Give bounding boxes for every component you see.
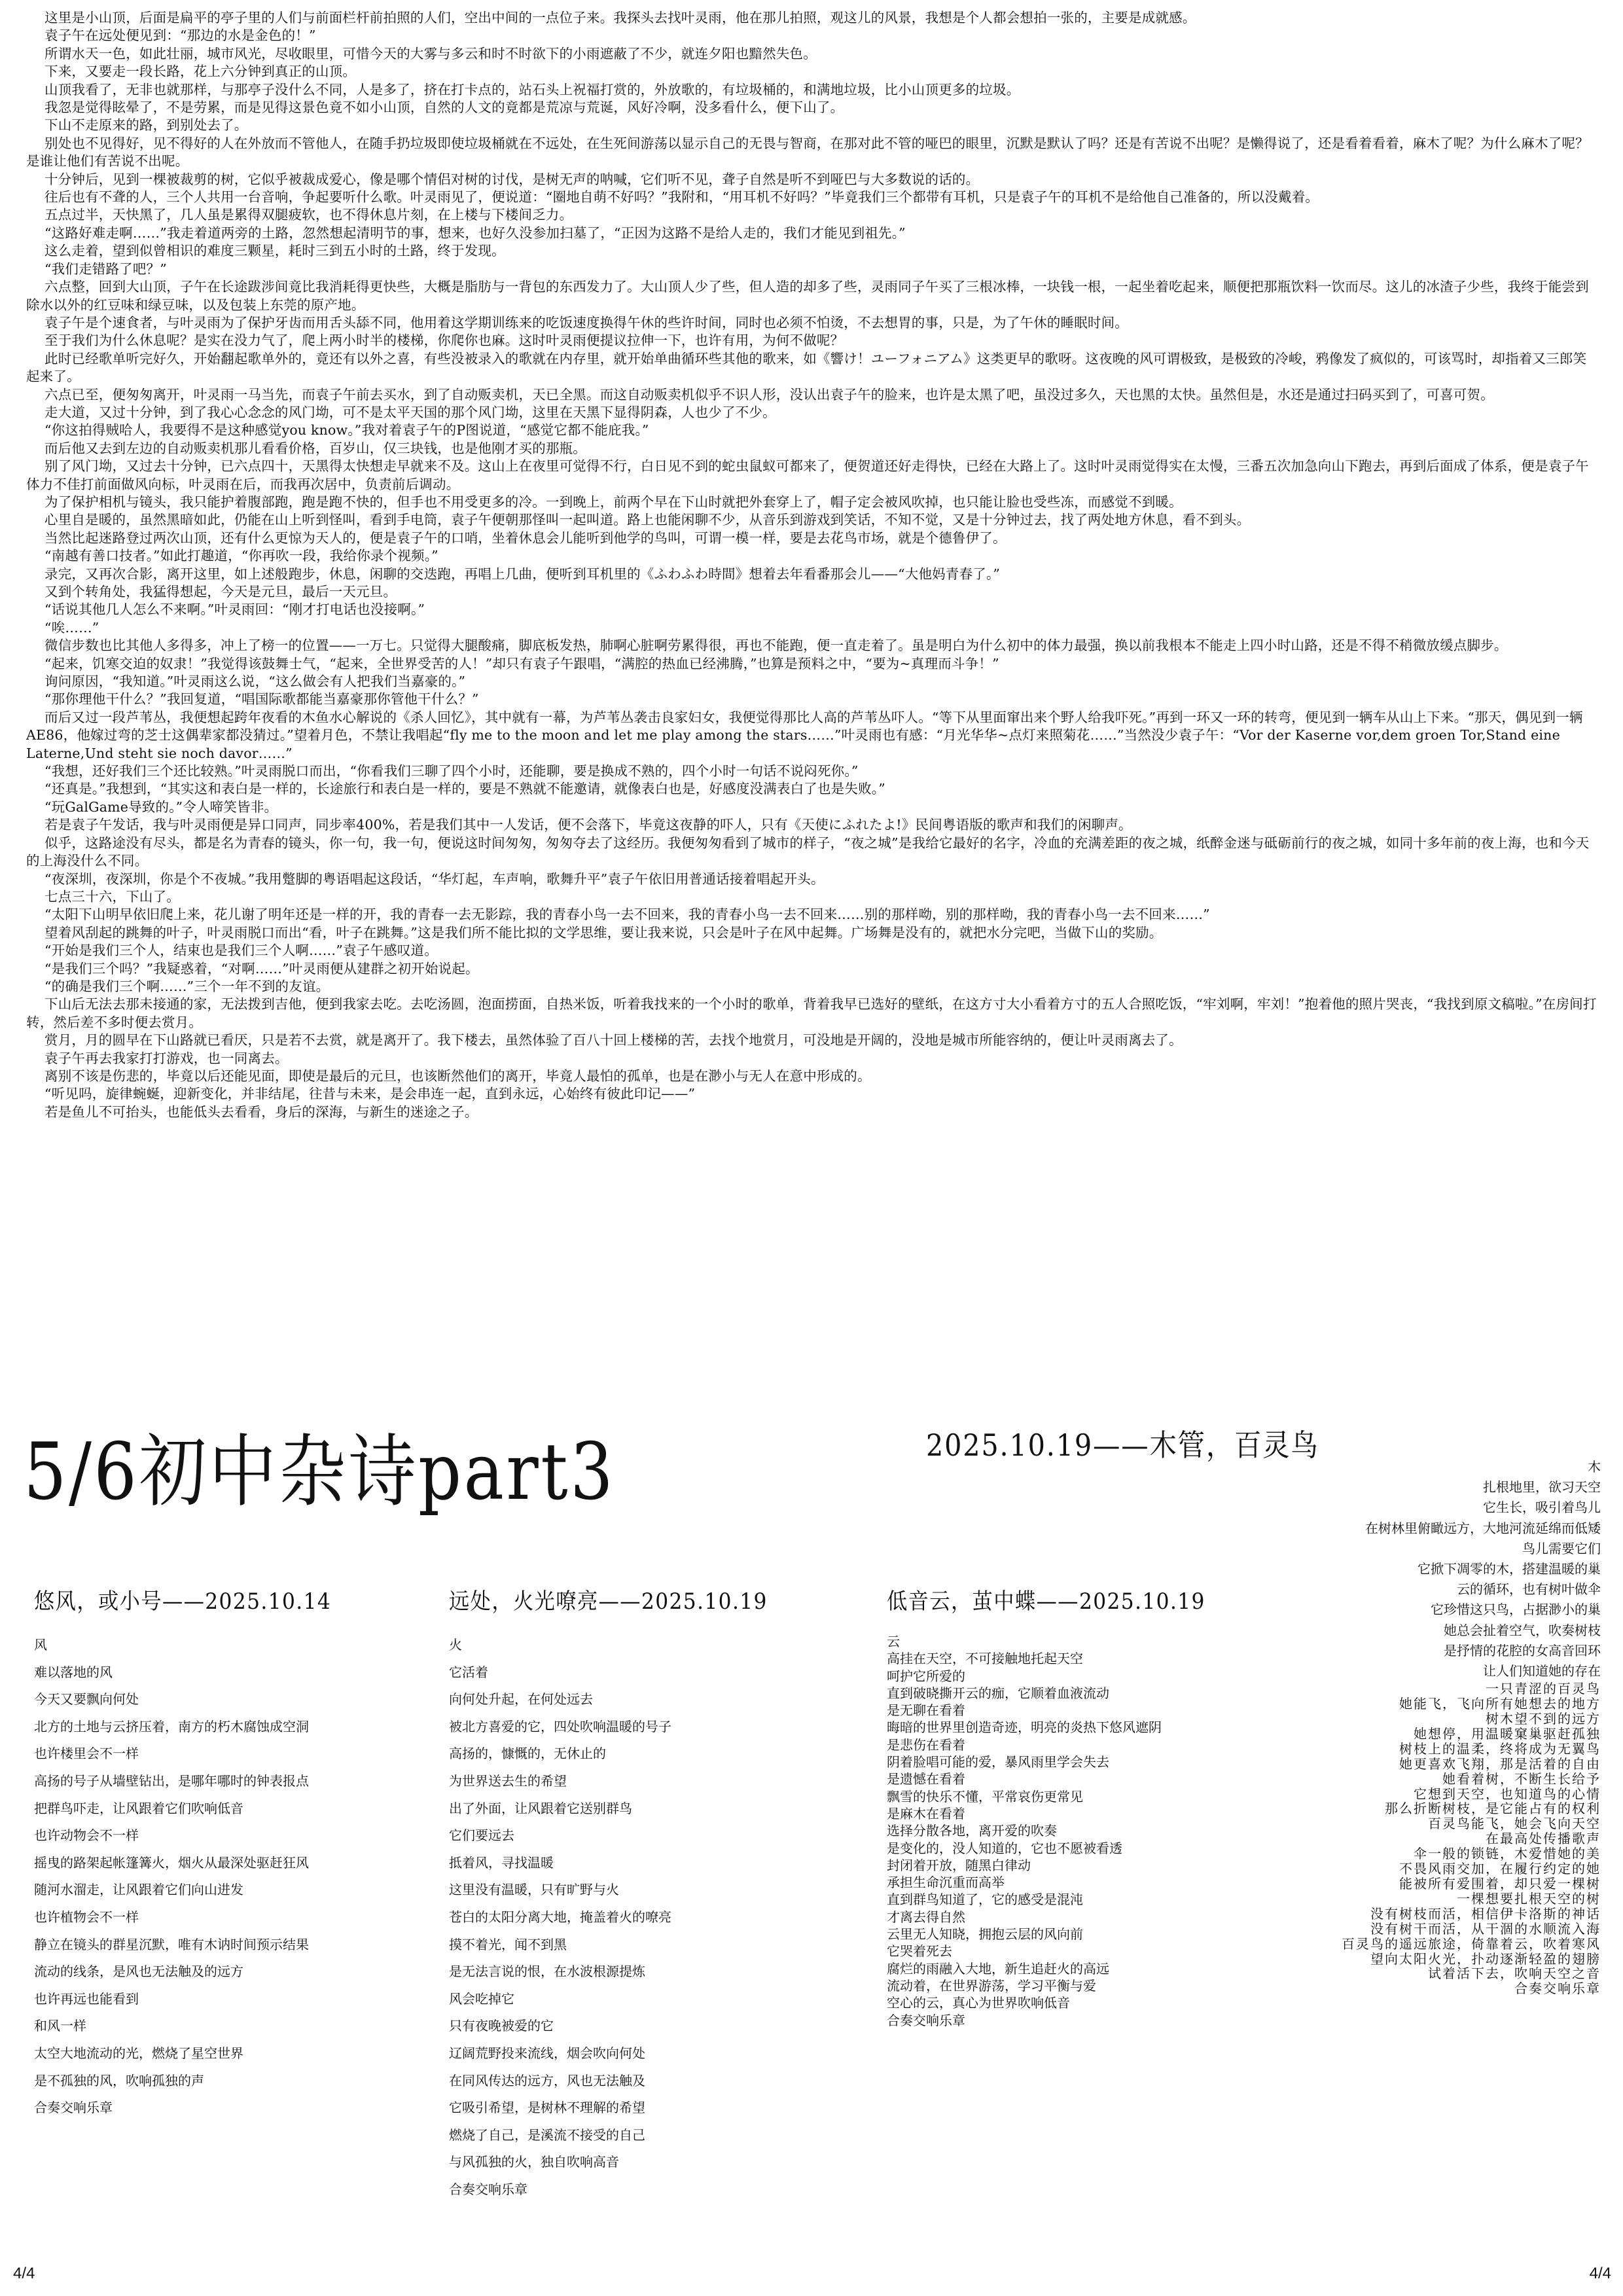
poem-line: 也许动物会不一样: [34, 1822, 357, 1850]
poem-title: 木: [1342, 1457, 1601, 1477]
paragraph: “那你理他干什么？”我回复道，“唱国际歌都能当嘉豪那你管他干什么？”: [26, 691, 1597, 708]
paragraph: 袁子午在远处便见到：“那边的水是金色的！”: [26, 27, 1597, 45]
paragraph: “我们走错路了吧？”: [26, 260, 1597, 278]
poem-line: 伞一般的锁链，木爱惜她的美: [1342, 1846, 1601, 1861]
poem-line: 风会吃掉它: [449, 1986, 795, 2013]
poem-line: 苍白的太阳分离大地，掩盖着火的嘹亮: [449, 1904, 795, 1931]
paragraph: 往后也有不聋的人，三个人共用一台音响，争起要听什么歌。叶灵雨见了，便说道：“圈地…: [26, 188, 1597, 206]
poem-line: 呵护它所爱的: [887, 1668, 1233, 1685]
poem-lines: 扎根地里，欲习天空它生长，吸引着鸟儿在树林里俯瞰远方，大地河流延绵而低矮鸟儿需要…: [1342, 1477, 1601, 1681]
poem-line: 在树林里俯瞰远方，大地河流延绵而低矮: [1342, 1518, 1601, 1539]
poem-line: 只有夜晚被爱的它: [449, 2013, 795, 2040]
poem-line: 是悲伤在看着: [887, 1736, 1233, 1753]
poem-line: 也许楼里会不一样: [34, 1740, 357, 1768]
poem-line: 鸟儿需要它们: [1342, 1539, 1601, 1559]
poem-line: 它珍惜这只鸟，占据渺小的巢: [1342, 1600, 1601, 1620]
poem-line: 望向太阳火光，扑动逐渐轻盈的翅膀: [1342, 1952, 1601, 1967]
paragraph: 至于我们为什么休息呢？是实在没力气了，爬上两小时半的楼梯，你爬你也麻。这时叶灵雨…: [26, 332, 1597, 350]
poem-line: 火: [449, 1632, 795, 1659]
poem-line: 合奏交响乐章: [1342, 1981, 1601, 1996]
poem-line: 和风一样: [34, 2013, 357, 2040]
poem-line: 它们要远去: [449, 1822, 795, 1850]
poem-line: 高扬的号子从墙壁钻出，是哪年哪时的钟表报点: [34, 1768, 357, 1795]
paragraph: “话说其他几人怎么不来啊。”叶灵雨回：“刚才打电话也没接啊。”: [26, 601, 1597, 619]
paragraph: 七点三十六，下山了。: [26, 888, 1597, 906]
poem-line: 她更喜欢飞翔，那是活着的自由: [1342, 1757, 1601, 1772]
poem-line: 她想停，用温暖窠巢驱赶孤独: [1342, 1727, 1601, 1742]
poem-line: 飘雪的快乐不懂，平常哀伤更常见: [887, 1788, 1233, 1805]
poem-line: 让人们知道她的存在: [1342, 1661, 1601, 1681]
paragraph: “南越有善口技者。”如此打趣道，“你再吹一段，我给你录个视频。”: [26, 547, 1597, 565]
poem-line: 是抒情的花腔的女高音回环: [1342, 1641, 1601, 1661]
poem-line: 百灵鸟的遥远旅途，倚靠着云，吹着寒风: [1342, 1937, 1601, 1952]
poem-wood-lark: 木 扎根地里，欲习天空它生长，吸引着鸟儿在树林里俯瞰远方，大地河流延绵而低矮鸟儿…: [1342, 1457, 1601, 1996]
poem-line: 与风孤独的火，独自吹响高音: [449, 2149, 795, 2176]
paragraph: 若是袁子午发话，我与叶灵雨便是异口同声，同步率400%，若是我们其中一人发话，便…: [26, 816, 1597, 834]
paragraph: 别处也不见得好，见不得好的人在外放而不管他人，在随手扔垃圾即使垃圾桶就在不远处，…: [26, 135, 1597, 171]
poem-line: 承担生命沉重而高举: [887, 1874, 1233, 1891]
poem-line: 才离去得自然: [887, 1909, 1233, 1926]
poem-line: 它掀下凋零的木，搭建温暖的巢: [1342, 1559, 1601, 1579]
poem-line: 是无法言说的恨，在水波根源提炼: [449, 1958, 795, 1986]
paragraph: 似乎，这路途没有尽头，都是名为青春的镜头，你一句，我一句，便说这时间匆匆，匆匆夺…: [26, 834, 1597, 870]
poem-lines: 风难以落地的风今天又要飘向何处北方的土地与云挤压着，南方的朽木腐蚀成空洞也许楼里…: [34, 1632, 357, 2122]
paragraph: 六点整，回到大山顶，子午在长途跋涉间竟比我消耗得更快些，大概是脂肪与一背包的东西…: [26, 278, 1597, 314]
paragraph: “太阳下山明早依旧爬上来，花儿谢了明年还是一样的开，我的青春一去无影踪，我的青春…: [26, 906, 1597, 924]
paragraph: “唉……”: [26, 619, 1597, 637]
poem-line: 封闭着开放，随黑白律动: [887, 1857, 1233, 1874]
poem-line: 树枝上的温柔，终将成为无翼鸟: [1342, 1742, 1601, 1757]
poem-line: 它生长，吸引着鸟儿: [1342, 1498, 1601, 1518]
poem-line: 没有树干而活，从干涸的水顺流入海: [1342, 1922, 1601, 1937]
poem-line: 合奏交响乐章: [34, 2094, 357, 2122]
paragraph: “你这拍得贼哈人，我要得不是这种感觉you know。”我对着袁子午的P图说道，…: [26, 422, 1597, 439]
paragraph: 这么走着，望到似曾相识的难度三颗星，耗时三到五小时的土路，终于发现。: [26, 242, 1597, 260]
poem-line: 百灵鸟能飞，她会飞向天空: [1342, 1816, 1601, 1831]
poem-line: 阴着脸唱可能的爱，暴风雨里学会失去: [887, 1753, 1233, 1770]
page-subtitle: 2025.10.19——木管，百灵鸟: [926, 1427, 1319, 1463]
paragraph: 五点过半，天快黑了，几人虽是累得双腿疲软，也不得休息片刻，在上楼与下楼间乏力。: [26, 206, 1597, 224]
paragraph: 下来，又要走一段长路，花上六分钟到真正的山顶。: [26, 63, 1597, 81]
poem-line: 晦暗的世界里创造奇迹，明亮的炎热下悠风遮阴: [887, 1719, 1233, 1736]
paragraph: 而后他又去到左边的自动贩卖机那儿看看价格，百岁山，仅三块钱，也是他刚才买的那瓶。: [26, 440, 1597, 457]
poem-line: 流动着，在世界游荡，学习平衡与爱: [887, 1977, 1233, 1994]
paragraph: 望着风刮起的跳舞的叶子，叶灵雨脱口而出“看，叶子在跳舞。”这是我们所不能比拟的文…: [26, 924, 1597, 942]
paragraph: 袁子午是个速食者，与叶灵雨为了保护牙齿而用舌头舔不同，他用着这学期训练来的吃饭速…: [26, 314, 1597, 332]
paragraph: 六点已至，便匆匆离开，叶灵雨一马当先，而袁子午前去买水，到了自动贩卖机，天已全黑…: [26, 386, 1597, 404]
poem-line: 云: [887, 1633, 1233, 1650]
poem-line: 在最高处传播歌声: [1342, 1831, 1601, 1846]
poem-line: 抵着风，寻找温暖: [449, 1850, 795, 1877]
poem-line: 把群鸟吓走，让风跟着它们吹响低音: [34, 1795, 357, 1823]
poem-line: 直到群鸟知道了，它的感受是混沌: [887, 1891, 1233, 1908]
paragraph: 心里自是暖的，虽然黑暗如此，仍能在山上听到怪叫，看到手电筒，袁子午便朝那怪叫一起…: [26, 511, 1597, 529]
paragraph: 别了风门坳，又过去十分钟，已六点四十，天黑得太快想走早就来不及。这山上在夜里可觉…: [26, 457, 1597, 493]
paragraph: “起来，饥寒交迫的奴隶！”我觉得该鼓舞士气，“起来，全世界受苦的人！”却只有袁子…: [26, 655, 1597, 673]
paragraph: “我想，还好我们三个还比较熟。”叶灵雨脱口而出，“你看我们三聊了四个小时，还能聊…: [26, 762, 1597, 780]
poem-line: 今天又要飘向何处: [34, 1686, 357, 1713]
poem-line: 也许再远也能看到: [34, 1986, 357, 2013]
poem-line: 合奏交响乐章: [887, 2012, 1233, 2029]
poem-line: 它想到天空，也知道鸟的心情: [1342, 1787, 1601, 1802]
poem-line: 随河水溜走，让风跟着它们向山进发: [34, 1876, 357, 1904]
poem-lines: 火它活着向何处升起，在何处远去被北方喜爱的它，四处吹响温暖的号子高扬的，慷慨的，…: [449, 1632, 795, 2203]
poem-line: 一只青涩的百灵鸟: [1342, 1681, 1601, 1696]
poem-line: 摸不着光，闻不到黑: [449, 1931, 795, 1959]
poem-line: 那么折断树枝，是它能占有的权利: [1342, 1801, 1601, 1816]
paragraph: 为了保护相机与镜头，我只能护着腹部跑，跑是跑不快的，但手也不用受更多的冷。一到晚…: [26, 493, 1597, 511]
poem-lines-continued: 一只青涩的百灵鸟她能飞，飞向所有她想去的地方树木望不到的远方她想停，用温暖窠巢驱…: [1342, 1681, 1601, 1996]
poem-line: 风: [34, 1632, 357, 1659]
page-title: 5/6初中杂诗part3: [24, 1427, 615, 1518]
paragraph: 又到个转角处，我猛得想起，今天是元旦，最后一天元旦。: [26, 583, 1597, 601]
poem-line: 能被所有爱围着，却只爱一棵树: [1342, 1876, 1601, 1892]
paragraph: 下山后无法去那未接通的家，无法拨到吉他，便到我家去吃。去吃汤圆，泡面捞面，自热米…: [26, 996, 1597, 1031]
poem-line: 没有树枝而活，相信伊卡洛斯的神话: [1342, 1907, 1601, 1922]
paragraph: 赏月，月的圆早在下山路就已看厌，只是若不去赏，就是离开了。我下楼去，虽然体验了百…: [26, 1031, 1597, 1049]
poem-line: 选择分散各地，离开爱的吹奏: [887, 1822, 1233, 1839]
poem-line: 不畏风雨交加，在履行约定的她: [1342, 1861, 1601, 1876]
poem-line: 是不孤独的风，吹响孤独的声: [34, 2068, 357, 2095]
paragraph: 所谓水天一色，如此壮丽，城市风光，尽收眼里，可惜今天的大雾与多云和时不时欲下的小…: [26, 45, 1597, 63]
poem-line: 燃烧了自己，是溪流不接受的自己: [449, 2122, 795, 2149]
poem-line: 云里无人知晓，拥抱云层的风向前: [887, 1926, 1233, 1943]
paragraph: “听见吗，旋律蜿蜒，迎新变化，并非结尾，往昔与未来，是会串连一起，直到永远，心始…: [26, 1085, 1597, 1103]
poem-line: 它哭着死去: [887, 1943, 1233, 1960]
poem-line: 直到破晓撕开云的痂，它顺着血液流动: [887, 1685, 1233, 1702]
page-number-left: 4/4: [13, 2265, 35, 2283]
poem-line: 难以落地的风: [34, 1659, 357, 1687]
paragraph: “夜深圳，夜深圳，你是个不夜城。”我用蹩脚的粤语唱起这段话，“华灯起，车声响，歌…: [26, 870, 1597, 888]
poem-line: 流动的线条，是风也无法触及的远方: [34, 1958, 357, 1986]
paragraph: 这里是小山顶，后面是扁平的亭子里的人们与前面栏杆前拍照的人们，空出中间的一点位子…: [26, 9, 1597, 27]
paragraph: 若是鱼儿不可抬头，也能低头去看看，身后的深海，与新生的迷途之子。: [26, 1103, 1597, 1121]
paragraph: “还真是。”我想到，“其实这和表白是一样的，长途旅行和表白是一样的，要是不熟就不…: [26, 780, 1597, 798]
poem-line: 空心的云，真心为世界吹响低音: [887, 1994, 1233, 2011]
paragraph: 此时已经歌单听完好久，开始翻起歌单外的，竟还有以外之喜，有些没被录入的歌就在内存…: [26, 350, 1597, 386]
paragraph: 离别不该是伤悲的，毕竟以后还能见面，即使是最后的元旦，也该断然他们的离开，毕竟人…: [26, 1067, 1597, 1085]
paragraph: 袁子午再去我家打打游戏，也一同离去。: [26, 1050, 1597, 1067]
poem-line: 辽阔荒野投来流线，烟会吹向何处: [449, 2040, 795, 2068]
paragraph: 我忽是觉得眩晕了，不是劳累，而是见得这景色竟不如小山顶，自然的人文的竟都是荒凉与…: [26, 99, 1597, 117]
poem-line: 它活着: [449, 1659, 795, 1687]
poem-line: 合奏交响乐章: [449, 2176, 795, 2204]
paragraph: 询问原因，“我知道。”叶灵雨这么说，“这么做会有人把我们当嘉豪的。”: [26, 673, 1597, 691]
paragraph: 微信步数也比其他人多得多，冲上了榜一的位置——一万七。只觉得大腿酸痛，脚底板发热…: [26, 637, 1597, 655]
poem-line: 是麻木在看着: [887, 1805, 1233, 1822]
paragraph: 录完，又再次合影，离开这里，如上述般跑步，休息，闲聊的交迭跑，再唱上几曲，便听到…: [26, 565, 1597, 583]
poem-line: 试着活下去，吹响天空之音: [1342, 1966, 1601, 1981]
paragraph: 下山不走原来的路，到别处去了。: [26, 117, 1597, 134]
prose-section: 这里是小山顶，后面是扁平的亭子里的人们与前面栏杆前拍照的人们，空出中间的一点位子…: [26, 9, 1597, 1121]
paragraph: 走大道，又过十分钟，到了我心心念念的风门坳，可不是太平天国的那个风门坳，这里在天…: [26, 404, 1597, 422]
paragraph: “玩GalGame导致的。”令人啼笑皆非。: [26, 798, 1597, 816]
poem-line: 向何处升起，在何处远去: [449, 1686, 795, 1713]
paragraph: “这路好难走啊……”我走着道两旁的土路，忽然想起清明节的事，想来，也好久没参加扫…: [26, 224, 1597, 242]
poem-line: 它吸引希望，是树林不理解的希望: [449, 2094, 795, 2122]
poem-fire: 远处，火光嘹亮——2025.10.19 火它活着向何处升起，在何处远去被北方喜爱…: [449, 1587, 795, 2203]
paragraph: “开始是我们三个人，结束也是我们三个人啊……”袁子午感叹道。: [26, 942, 1597, 960]
poem-line: 被北方喜爱的它，四处吹响温暖的号子: [449, 1713, 795, 1741]
paragraph: “是我们三个吗？”我疑惑着，“对啊……”叶灵雨便从建群之初开始说起。: [26, 960, 1597, 978]
poem-line: 一棵想要扎根天空的树: [1342, 1892, 1601, 1907]
poem-line: 为世界送去生的希望: [449, 1768, 795, 1795]
poem-line: 摇曳的路架起帐篷篝火，烟火从最深处驱赶狂风: [34, 1850, 357, 1877]
poem-line: 在同风传达的远方，风也无法触及: [449, 2068, 795, 2095]
poem-line: 她能飞，飞向所有她想去的地方: [1342, 1696, 1601, 1712]
poem-line: 静立在镜头的群星沉默，唯有木讷时间预示结果: [34, 1931, 357, 1959]
poem-title: 悠风，或小号——2025.10.14: [34, 1587, 331, 1616]
poem-line: 这里没有温暖，只有旷野与火: [449, 1876, 795, 1904]
poem-cloud: 低音云，茧中蝶——2025.10.19 云高挂在天空，不可接触地托起天空呵护它所…: [887, 1587, 1233, 2029]
poem-line: 是遗憾在看着: [887, 1770, 1233, 1787]
poem-line: 出了外面，让风跟着它送别群鸟: [449, 1795, 795, 1823]
paragraph: 十分钟后，见到一棵被裁剪的树，它似乎被裁成爱心，像是哪个情侣对树的讨伐，是树无声…: [26, 171, 1597, 188]
poem-line: 树木望不到的远方: [1342, 1712, 1601, 1727]
paragraph: 山顶我看了，无非也就那样，与那亭子没什么不同，人是多了，挤在打卡点的，站石头上祝…: [26, 81, 1597, 99]
poem-line: 高挂在天空，不可接触地托起天空: [887, 1650, 1233, 1667]
poem-line: 北方的土地与云挤压着，南方的朽木腐蚀成空洞: [34, 1713, 357, 1741]
poem-lines: 云高挂在天空，不可接触地托起天空呵护它所爱的直到破晓撕开云的痂，它顺着血液流动是…: [887, 1633, 1233, 2029]
poem-line: 她看着树，不断生长给予: [1342, 1772, 1601, 1787]
poem-line: 扎根地里，欲习天空: [1342, 1477, 1601, 1498]
poem-line: 也许植物会不一样: [34, 1904, 357, 1931]
poem-title: 远处，火光嘹亮——2025.10.19: [449, 1587, 768, 1616]
poem-line: 是无聊在看着: [887, 1702, 1233, 1719]
poem-line: 是变化的，没人知道的，它也不愿被看透: [887, 1840, 1233, 1857]
poem-line: 云的循环，也有树叶做伞: [1342, 1579, 1601, 1600]
poem-wind: 悠风，或小号——2025.10.14 风难以落地的风今天又要飘向何处北方的土地与…: [34, 1587, 357, 2122]
paragraph: 当然比起迷路登过两次山顶，还有什么更惊为天人的，便是袁子午的口哨，坐着休息会儿能…: [26, 529, 1597, 547]
poem-title: 低音云，茧中蝶——2025.10.19: [887, 1587, 1205, 1616]
page-number-right: 4/4: [1590, 2265, 1611, 2283]
paragraph: “的确是我们三个啊……”三个一年不到的友谊。: [26, 978, 1597, 996]
paragraph: 而后又过一段芦苇丛，我便想起跨年夜看的木鱼水心解说的《杀人回忆》，其中就有一幕，…: [26, 709, 1597, 762]
poem-line: 腐烂的雨融入大地，新生追赶火的高远: [887, 1960, 1233, 1977]
poem-line: 高扬的，慷慨的，无休止的: [449, 1740, 795, 1768]
poem-line: 太空大地流动的光，燃烧了星空世界: [34, 2040, 357, 2068]
poem-line: 她总会扯着空气，吹奏树枝: [1342, 1621, 1601, 1641]
